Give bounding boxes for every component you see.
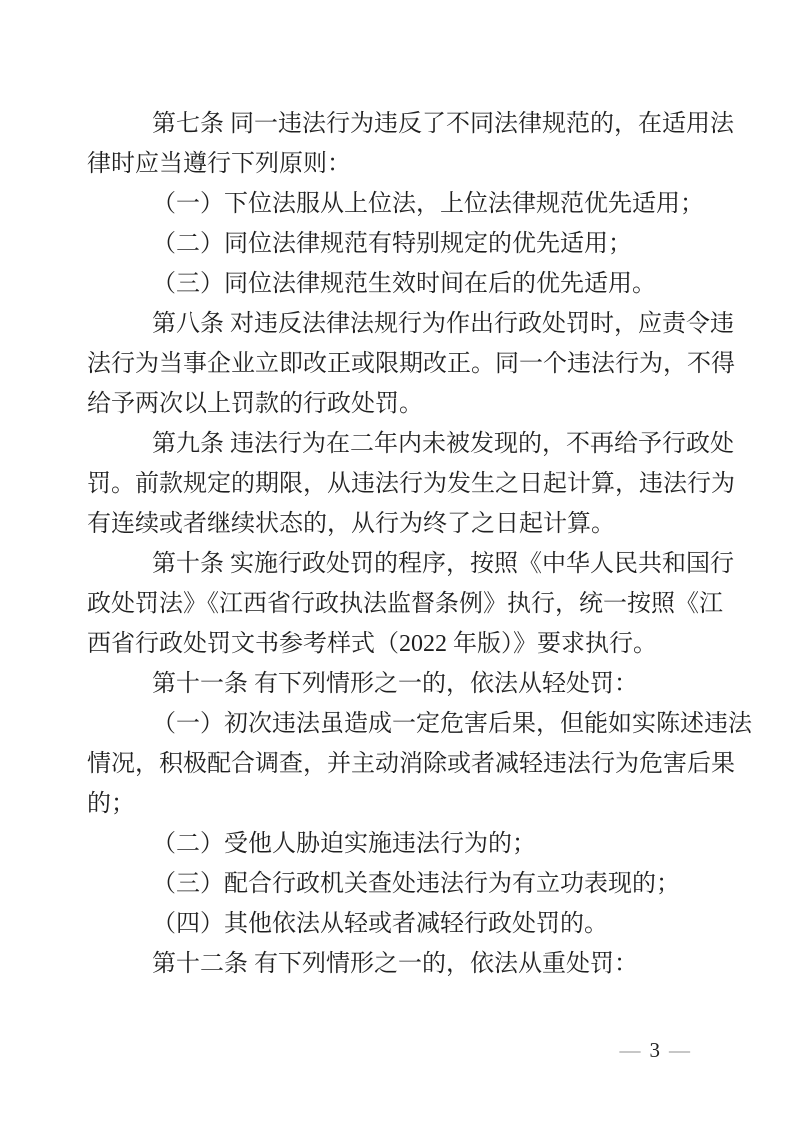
document-page: 第七条 同一违法行为违反了不同法律规范的，在适用法律时应当遵行下列原则：（一）下… <box>0 0 794 1123</box>
text-line: （三）配合行政机关查处违法行为有立功表现的； <box>87 864 707 904</box>
text-line: 第九条 违法行为在二年内未被发现的，不再给予行政处 <box>87 424 707 464</box>
footer-dash-left: — <box>620 1038 641 1062</box>
text-line: （二）同位法律规范有特别规定的优先适用； <box>87 224 707 264</box>
text-line: （四）其他依法从轻或者减轻行政处罚的。 <box>87 904 707 944</box>
page-number: 3 <box>650 1038 661 1062</box>
text-line: 给予两次以上罚款的行政处罚。 <box>87 384 707 424</box>
text-line: 罚。前款规定的期限，从违法行为发生之日起计算，违法行为 <box>87 464 707 504</box>
text-line: 法行为当事企业立即改正或限期改正。同一个违法行为，不得 <box>87 344 707 384</box>
text-line: 西省行政处罚文书参考样式（2022 年版）》要求执行。 <box>87 624 707 664</box>
text-line: 情况，积极配合调查，并主动消除或者减轻违法行为危害后果 <box>87 744 707 784</box>
text-line: 律时应当遵行下列原则： <box>87 144 707 184</box>
footer-dash-right: — <box>669 1038 690 1062</box>
text-line: 的； <box>87 784 707 824</box>
text-line: （三）同位法律规范生效时间在后的优先适用。 <box>87 264 707 304</box>
text-line: 第十条 实施行政处罚的程序，按照《中华人民共和国行 <box>87 544 707 584</box>
text-line: （一）下位法服从上位法，上位法律规范优先适用； <box>87 184 707 224</box>
text-line: 政处罚法》《江西省行政执法监督条例》执行，统一按照《江 <box>87 584 707 624</box>
text-line: 第十一条 有下列情形之一的，依法从轻处罚： <box>87 664 707 704</box>
text-line: 有连续或者继续状态的，从行为终了之日起计算。 <box>87 504 707 544</box>
text-line: （一）初次违法虽造成一定危害后果，但能如实陈述违法 <box>87 704 707 744</box>
text-line: 第八条 对违反法律法规行为作出行政处罚时，应责令违 <box>87 304 707 344</box>
text-line: 第七条 同一违法行为违反了不同法律规范的，在适用法 <box>87 104 707 144</box>
text-line: 第十二条 有下列情形之一的，依法从重处罚： <box>87 944 707 984</box>
document-body: 第七条 同一违法行为违反了不同法律规范的，在适用法律时应当遵行下列原则：（一）下… <box>87 104 707 984</box>
text-line: （二）受他人胁迫实施违法行为的； <box>87 824 707 864</box>
page-footer: —3— <box>620 1038 691 1062</box>
